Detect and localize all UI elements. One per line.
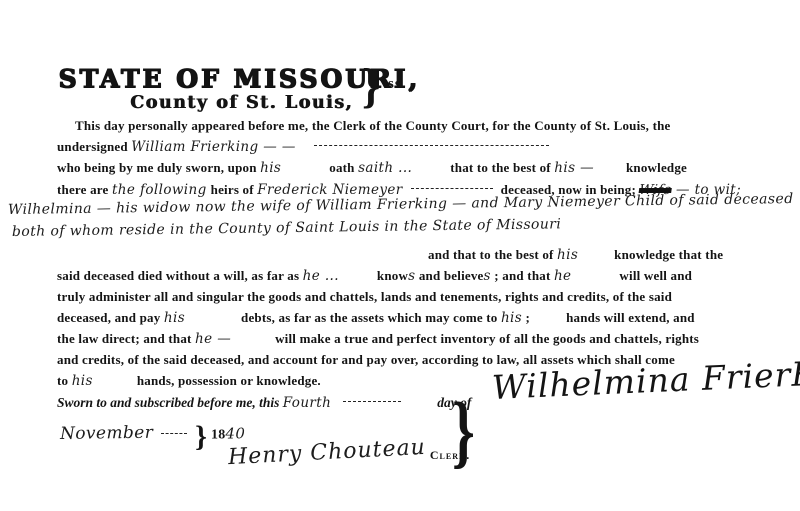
handwritten-segment: s bbox=[484, 268, 491, 284]
handwritten-segment: his bbox=[260, 160, 281, 176]
body-line: and that to the best of his knowledge th… bbox=[428, 247, 779, 263]
print-segment: deceased, and pay bbox=[57, 310, 164, 325]
body-line: who being by me duly sworn, upon his oat… bbox=[57, 160, 779, 176]
ss-abbreviation: ss. bbox=[388, 76, 406, 93]
print-segment: hands, possession or knowledge. bbox=[137, 373, 321, 388]
printed-year-prefix: 18 bbox=[211, 428, 225, 443]
print-segment: and that to the best of bbox=[428, 247, 557, 262]
print-segment: This day personally appeared before me, … bbox=[75, 118, 671, 133]
print-segment: will make a true and perfect inventory o… bbox=[275, 331, 699, 346]
blank-gap bbox=[575, 279, 615, 280]
handwritten-day: Fourth bbox=[283, 395, 331, 411]
clerk-signature-line: Henry Chouteau Clerk. bbox=[228, 440, 470, 465]
print-segment: ; bbox=[522, 310, 530, 325]
print-segment: know bbox=[377, 268, 408, 283]
date-line: November } 1840 bbox=[60, 418, 245, 452]
blank-gap bbox=[343, 279, 373, 280]
print-segment: that to the best of bbox=[450, 160, 554, 175]
handwritten-segment: the following bbox=[112, 182, 207, 198]
handwritten-residence-line: both of whom reside in the County of Sai… bbox=[12, 216, 561, 240]
body-line: undersigned William Frierking — — bbox=[57, 139, 779, 155]
print-segment: undersigned bbox=[57, 139, 131, 154]
print-segment: who being by me duly sworn, upon bbox=[57, 160, 260, 175]
handwritten-segment: his bbox=[501, 310, 522, 326]
handwritten-segment: he bbox=[554, 268, 571, 284]
affidavit-document: STATE OF MISSOURI, County of St. Louis, … bbox=[0, 0, 800, 511]
blank-fill-line bbox=[343, 401, 401, 406]
blank-gap bbox=[598, 171, 622, 172]
blank-gap bbox=[534, 321, 562, 322]
blank-gap bbox=[582, 258, 610, 259]
print-segment: knowledge bbox=[626, 160, 687, 175]
handwritten-segment: saith ... bbox=[358, 160, 412, 176]
print-segment: debts, as far as the assets which may co… bbox=[241, 310, 501, 325]
handwritten-segment: his bbox=[557, 247, 578, 263]
body-line: said deceased died without a will, as fa… bbox=[57, 268, 779, 284]
body-line: This day personally appeared before me, … bbox=[57, 118, 779, 134]
print-segment: ; and that bbox=[491, 268, 554, 283]
attestation-line: Sworn to and subscribed before me, this … bbox=[57, 394, 471, 412]
handwritten-decedent-name: Frederick Niemeyer bbox=[257, 182, 402, 198]
body-line-handwritten: both of whom reside in the County of Sai… bbox=[12, 214, 734, 240]
print-segment: to bbox=[57, 373, 72, 388]
blank-gap bbox=[97, 384, 133, 385]
blank-gap bbox=[285, 171, 325, 172]
print-segment: and believe bbox=[415, 268, 483, 283]
print-segment: knowledge that the bbox=[614, 247, 723, 262]
print-segment: hands will extend, and bbox=[566, 310, 695, 325]
handwritten-segment: his bbox=[164, 310, 185, 326]
header-brace: } bbox=[362, 58, 380, 114]
blank-fill-line bbox=[411, 188, 493, 193]
print-segment: truly administer all and singular the go… bbox=[57, 289, 672, 304]
blank-gap bbox=[189, 321, 237, 322]
handwritten-segment: he ... bbox=[303, 268, 339, 284]
handwritten-deponent-name: William Frierking — — bbox=[131, 139, 295, 155]
blank-gap bbox=[413, 406, 433, 407]
attestation-brace: } bbox=[452, 384, 475, 478]
body-line: the law direct; and that he — will make … bbox=[57, 331, 779, 347]
attestation-print: Sworn to and subscribed before me, this bbox=[57, 395, 283, 410]
print-segment: the law direct; and that bbox=[57, 331, 195, 346]
print-segment: will well and bbox=[619, 268, 692, 283]
body-line: deceased, and pay his debts, as far as t… bbox=[57, 310, 779, 326]
print-segment: oath bbox=[329, 160, 358, 175]
body-line: truly administer all and singular the go… bbox=[57, 289, 779, 305]
handwritten-segment: his — bbox=[554, 160, 594, 176]
handwritten-month: November bbox=[60, 422, 153, 443]
date-brace: } bbox=[195, 420, 207, 454]
blank-fill-line bbox=[161, 433, 187, 438]
county-heading: County of St. Louis, bbox=[130, 93, 353, 113]
blank-gap bbox=[235, 342, 271, 343]
print-segment: there are bbox=[57, 182, 112, 197]
print-segment: heirs of bbox=[211, 182, 258, 197]
blank-gap bbox=[416, 171, 446, 172]
clerk-signature: Henry Chouteau bbox=[227, 435, 426, 470]
blank-fill-line bbox=[314, 145, 549, 150]
print-segment: said deceased died without a will, as fa… bbox=[57, 268, 303, 283]
handwritten-segment: he — bbox=[195, 331, 231, 347]
handwritten-segment: his bbox=[72, 373, 93, 389]
